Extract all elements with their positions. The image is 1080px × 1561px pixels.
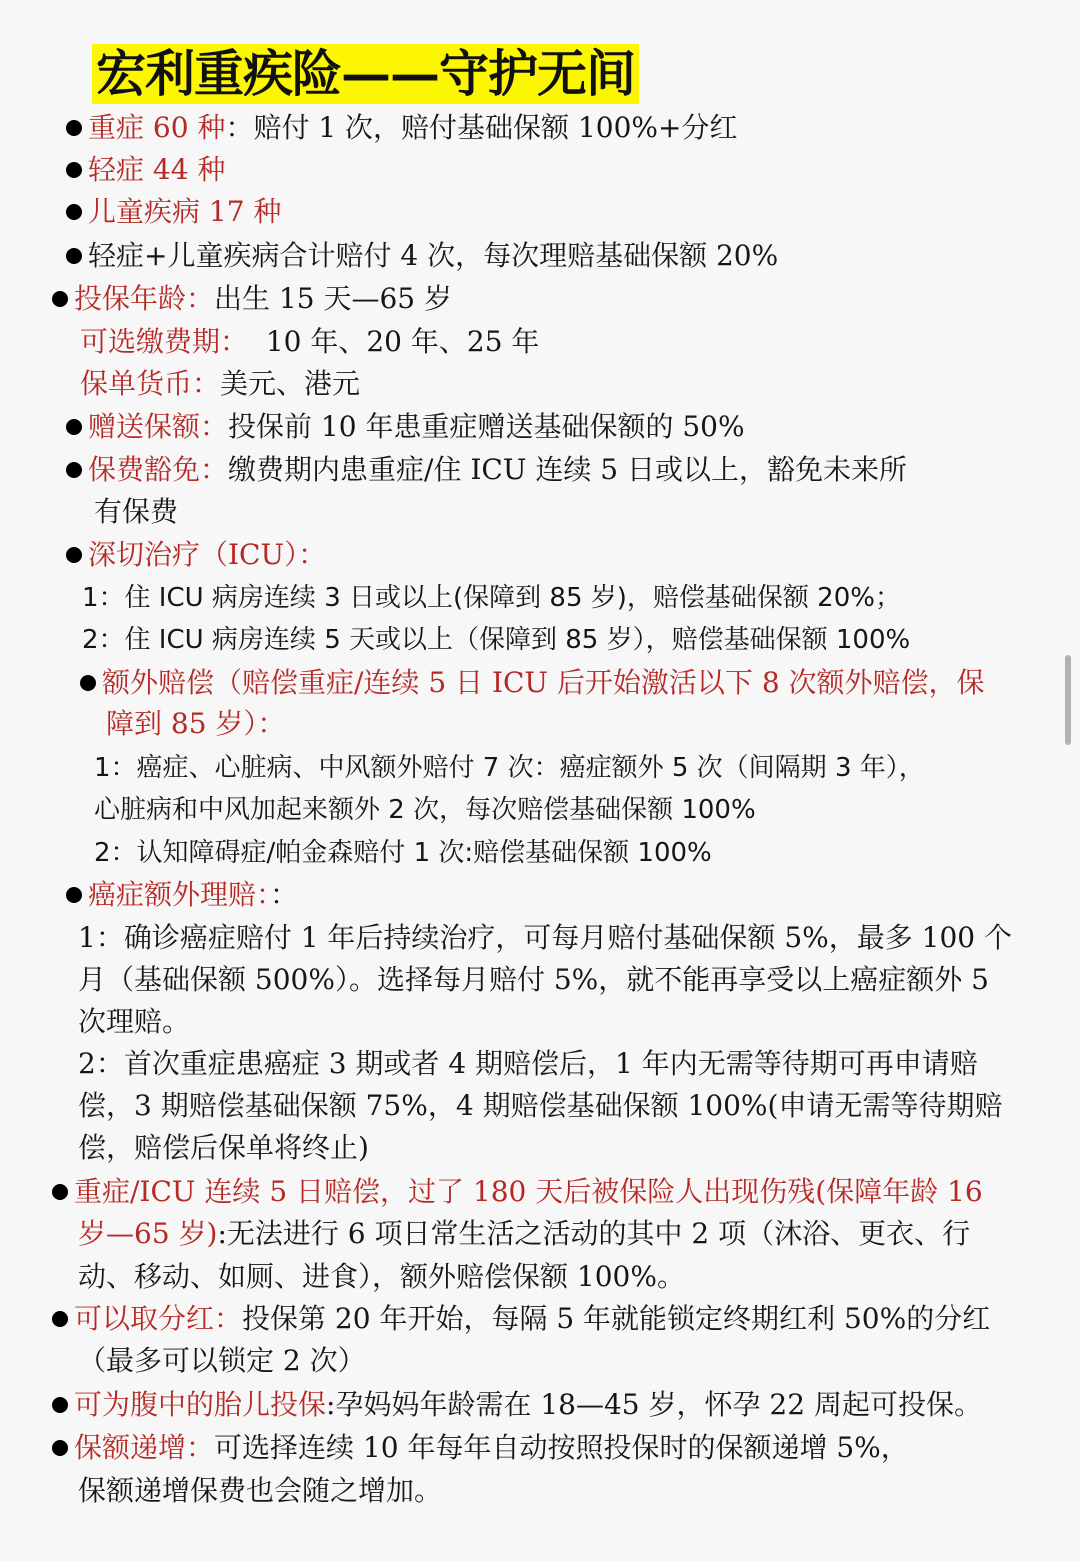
- cancer-point-2-line-3: 偿，赔偿后保单将终止): [78, 1128, 369, 1168]
- item-icu: 深切治疗（ICU）：: [66, 535, 326, 575]
- extra-point-2: 2：认知障碍症/帕金森赔付 1 次:赔偿基础保额 100%: [94, 833, 712, 873]
- text: :无法进行 6 项日常生活之活动的其中 2 项（沐浴、更衣、行: [217, 1217, 970, 1250]
- label: 可以取分红：: [74, 1302, 242, 1335]
- label: 保额递增：: [74, 1431, 214, 1464]
- bullet-icon: [66, 120, 82, 136]
- colon: ：: [270, 878, 298, 911]
- item-major-illness: 重症 60 种：赔付 1 次，赔付基础保额 100%+分红: [66, 108, 737, 148]
- dividend-continuation: （最多可以锁定 2 次）: [78, 1341, 366, 1381]
- label: 岁—65 岁): [78, 1217, 217, 1250]
- text: 10 年、20 年、25 年: [248, 325, 539, 358]
- premium-waiver-continuation: 有保费: [94, 492, 178, 532]
- text: 可选择连续 10 年每年自动按照投保时的保额递增 5%，: [214, 1431, 909, 1464]
- cancer-point-1-line-2: 月（基础保额 500%）。选择每月赔付 5%，就不能再享受以上癌症额外 5: [78, 960, 989, 1000]
- text: :孕妈妈年龄需在 18—45 岁，怀孕 22 周起可投保。: [326, 1388, 982, 1421]
- item-bonus-cover: 赠送保额：投保前 10 年患重症赠送基础保额的 50%: [66, 407, 745, 447]
- item-payment-period: 可选缴费期： 10 年、20 年、25 年: [80, 322, 539, 362]
- label: 额外赔偿（赔偿重症/连续 5 日 ICU 后开始激活以下 8 次额外赔偿，保: [102, 666, 985, 699]
- icu-point-2: 2：住 ICU 病房连续 5 天或以上（保障到 85 岁），赔偿基础保额 100…: [82, 620, 910, 660]
- document-title: 宏利重疾险——守护无间: [92, 44, 639, 104]
- text: 美元、港元: [220, 367, 360, 400]
- item-extra-compensation: 额外赔偿（赔偿重症/连续 5 日 ICU 后开始激活以下 8 次额外赔偿，保: [80, 663, 985, 703]
- bullet-icon: [52, 291, 68, 307]
- bullet-icon: [66, 162, 82, 178]
- item-minor-child-total: 轻症+儿童疾病合计赔付 4 次，每次理赔基础保额 20%: [66, 236, 778, 276]
- label: 可为腹中的胎儿投保: [74, 1388, 326, 1421]
- label: 儿童疾病 17 种: [88, 195, 281, 228]
- extra-compensation-continuation: 障到 85 岁）：: [106, 704, 285, 744]
- label: 轻症 44 种: [88, 153, 225, 186]
- label: 重症 60 种: [88, 111, 225, 144]
- text: 出生 15 天—65 岁: [214, 282, 452, 315]
- bullet-icon: [66, 248, 82, 264]
- disability-line-2: 岁—65 岁):无法进行 6 项日常生活之活动的其中 2 项（沐浴、更衣、行: [78, 1214, 970, 1254]
- label: 重症/ICU 连续 5 日赔偿，过了 180 天后被保险人出现伤残(保障年龄 1…: [74, 1175, 983, 1208]
- item-cancer-extra-claim: 癌症额外理赔：：: [66, 875, 298, 915]
- item-minor-illness: 轻症 44 种: [66, 150, 225, 190]
- bullet-icon: [52, 1440, 68, 1456]
- text: 投保前 10 年患重症赠送基础保额的 50%: [228, 410, 745, 443]
- bullet-icon: [66, 887, 82, 903]
- item-premium-waiver: 保费豁免：缴费期内患重症/住 ICU 连续 5 日或以上，豁免未来所: [66, 450, 907, 490]
- cancer-point-1: 1：确诊癌症赔付 1 年后持续治疗，可每月赔付基础保额 5%，最多 100 个: [78, 918, 1012, 958]
- bullet-icon: [52, 1311, 68, 1327]
- icu-point-1: 1：住 ICU 病房连续 3 日或以上(保障到 85 岁)，赔偿基础保额 20%…: [82, 578, 901, 618]
- label: 投保年龄：: [74, 282, 214, 315]
- bullet-icon: [52, 1397, 68, 1413]
- extra-point-1: 1：癌症、心脏病、中风额外赔付 7 次：癌症额外 5 次（间隔期 3 年），: [94, 748, 925, 788]
- item-cover-increase: 保额递增：可选择连续 10 年每年自动按照投保时的保额递增 5%，: [52, 1428, 909, 1468]
- bullet-icon: [52, 1184, 68, 1200]
- item-fetus-insurance: 可为腹中的胎儿投保:孕妈妈年龄需在 18—45 岁，怀孕 22 周起可投保。: [52, 1385, 982, 1425]
- bullet-icon: [66, 204, 82, 220]
- label: 保费豁免：: [88, 453, 228, 486]
- label: 深切治疗（ICU）：: [88, 538, 326, 571]
- cancer-point-1-line-3: 次理赔。: [78, 1002, 190, 1042]
- bullet-icon: [66, 547, 82, 563]
- cancer-point-2: 2：首次重症患癌症 3 期或者 4 期赔偿后，1 年内无需等待期可再申请赔: [78, 1044, 978, 1084]
- item-dividend: 可以取分红：投保第 20 年开始，每隔 5 年就能锁定终期红利 50%的分红: [52, 1299, 990, 1339]
- extra-point-1-continuation: 心脏病和中风加起来额外 2 次，每次赔偿基础保额 100%: [94, 790, 756, 830]
- item-child-illness: 儿童疾病 17 种: [66, 192, 281, 232]
- text: 轻症+儿童疾病合计赔付 4 次，每次理赔基础保额 20%: [88, 239, 778, 272]
- bullet-icon: [66, 419, 82, 435]
- label: 可选缴费期：: [80, 325, 248, 358]
- label: 癌症额外理赔：: [88, 878, 270, 911]
- vertical-scrollbar[interactable]: [1065, 655, 1071, 745]
- item-policy-currency: 保单货币：美元、港元: [80, 364, 360, 404]
- bullet-icon: [80, 675, 96, 691]
- text: ：赔付 1 次，赔付基础保额 100%+分红: [225, 111, 737, 144]
- label: 赠送保额：: [88, 410, 228, 443]
- text: 缴费期内患重症/住 ICU 连续 5 日或以上，豁免未来所: [228, 453, 907, 486]
- disability-line-3: 动、移动、如厕、进食），额外赔偿保额 100%。: [78, 1257, 685, 1297]
- bullet-icon: [66, 462, 82, 478]
- cancer-point-2-line-2: 偿，3 期赔偿基础保额 75%，4 期赔偿基础保额 100%(申请无需等待期赔: [78, 1086, 1002, 1126]
- cover-increase-continuation: 保额递增保费也会随之增加。: [78, 1471, 442, 1511]
- item-disability: 重症/ICU 连续 5 日赔偿，过了 180 天后被保险人出现伤残(保障年龄 1…: [52, 1172, 983, 1212]
- item-insured-age: 投保年龄：出生 15 天—65 岁: [52, 279, 452, 319]
- text: 投保第 20 年开始，每隔 5 年就能锁定终期红利 50%的分红: [242, 1302, 990, 1335]
- label: 保单货币：: [80, 367, 220, 400]
